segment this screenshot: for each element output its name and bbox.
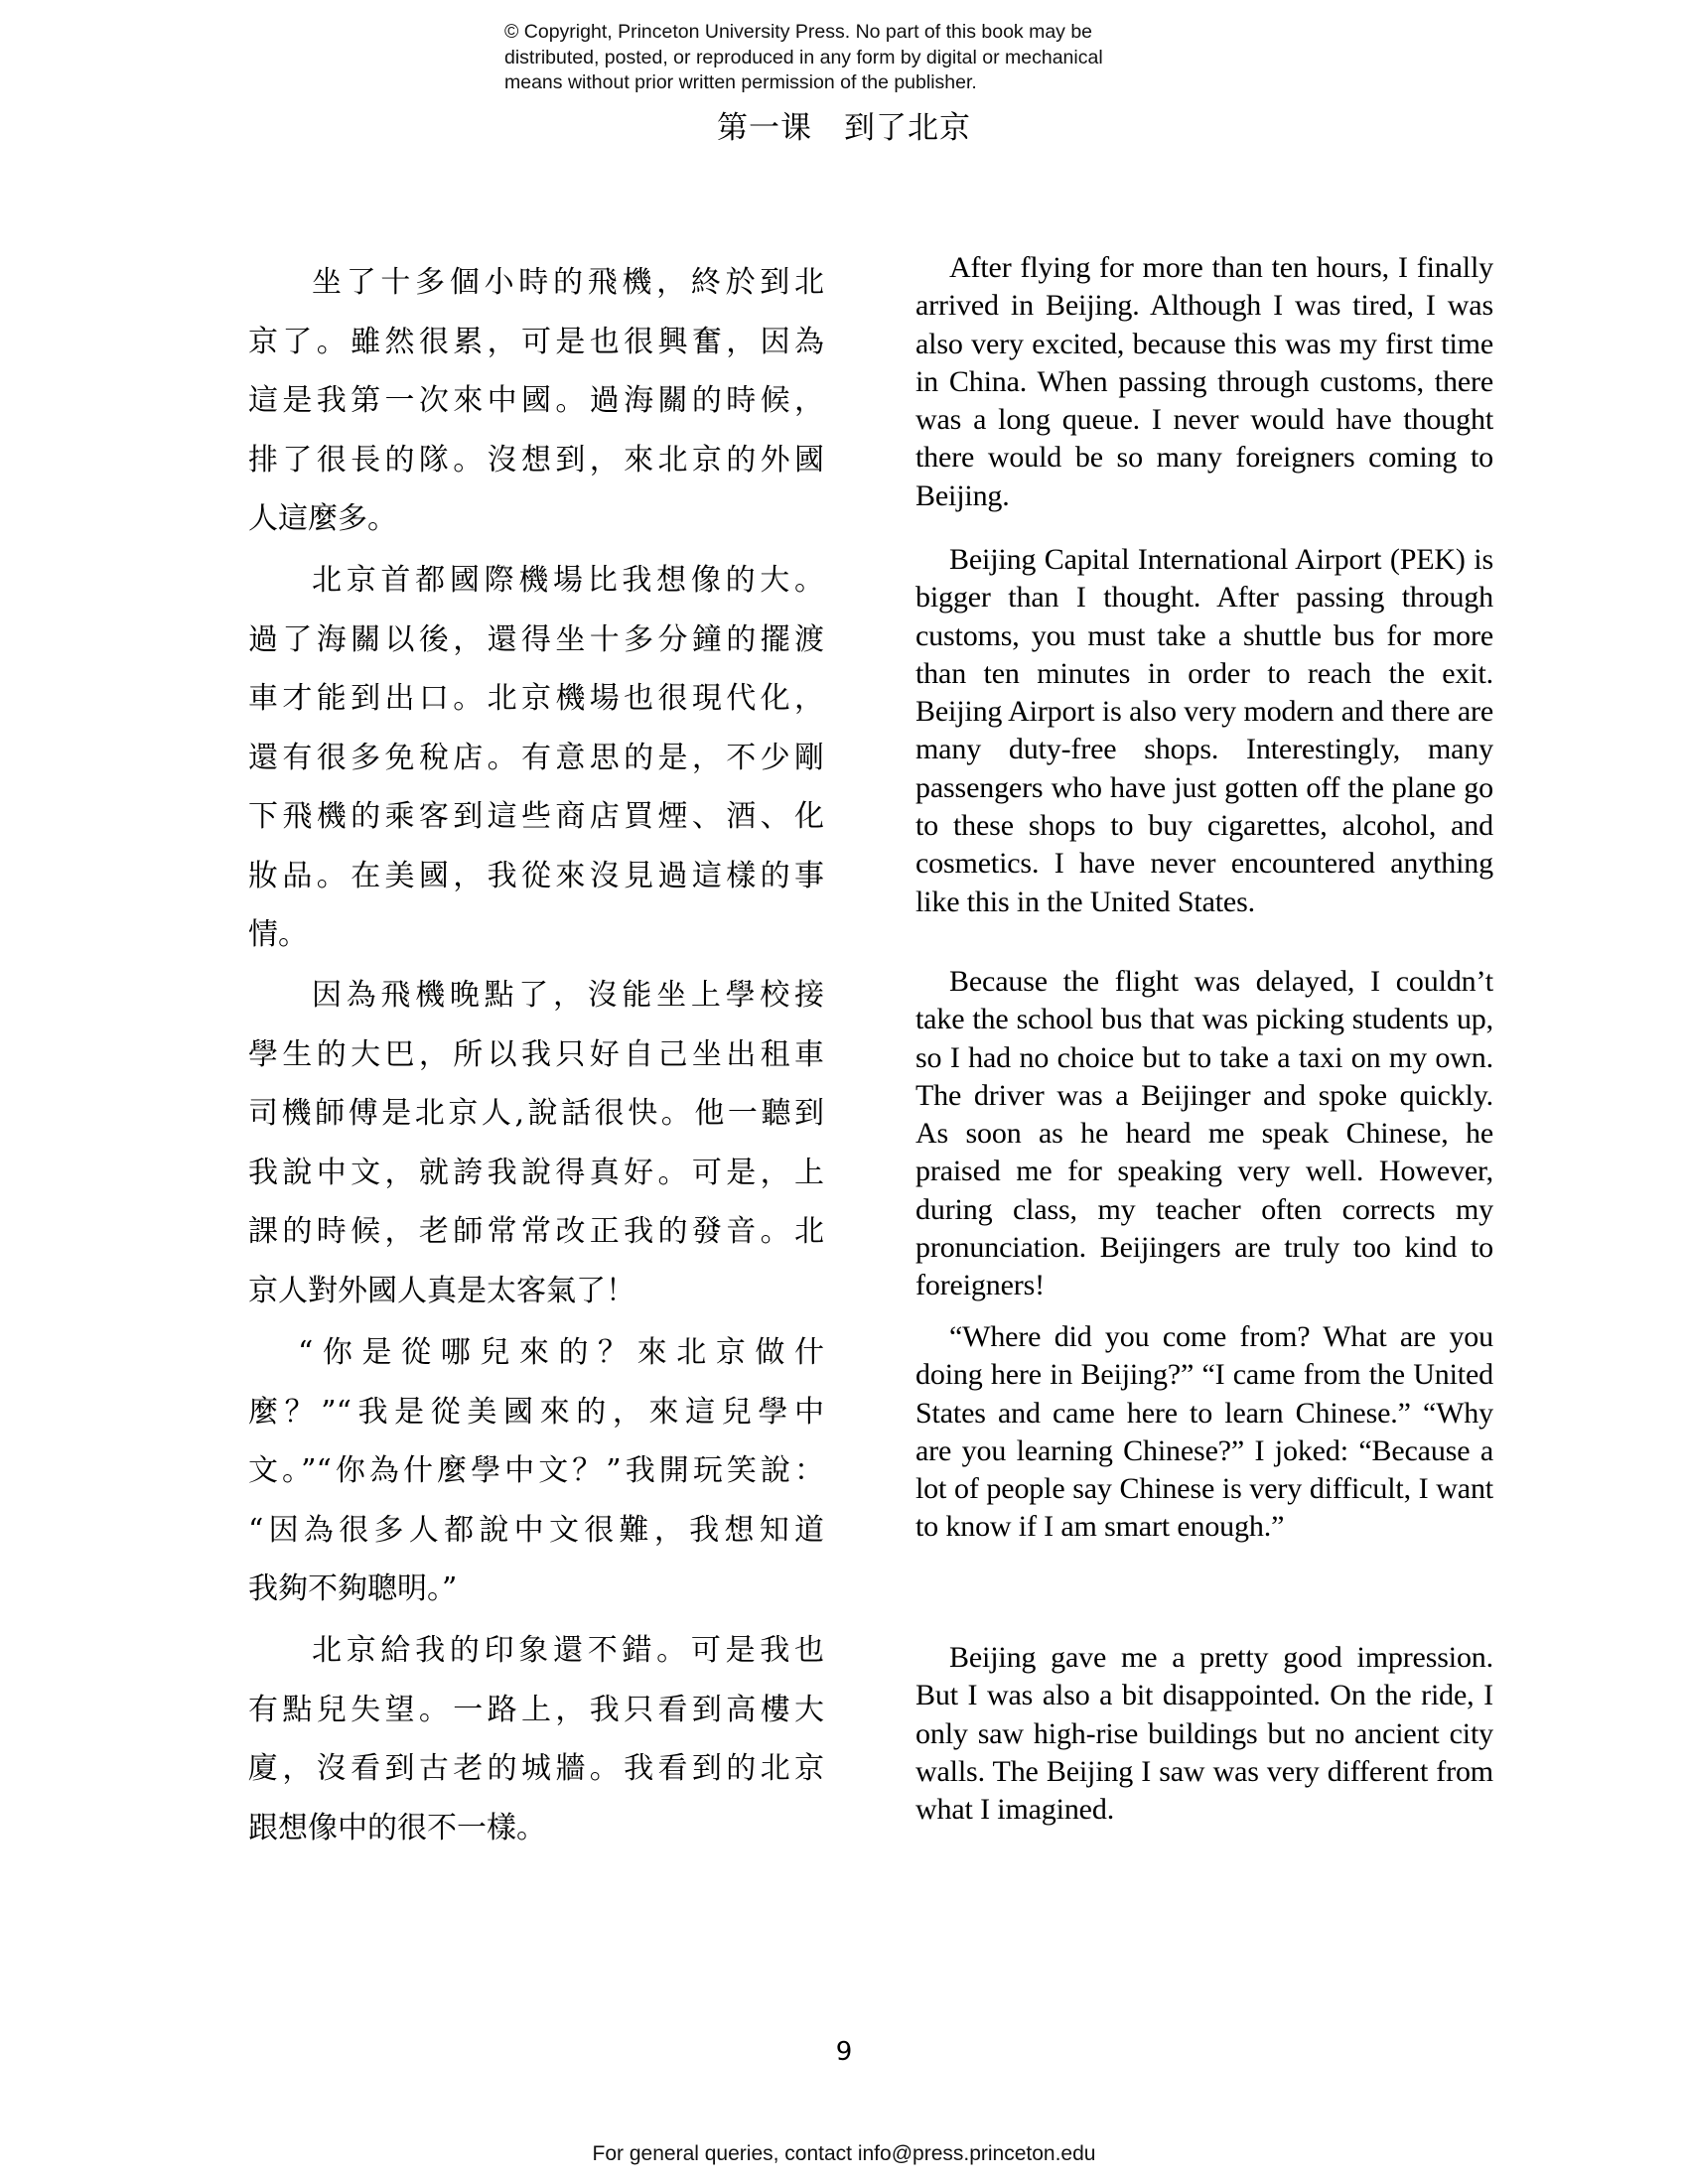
chinese-line: 司機師傅是北京人,說話很快。他一聽到: [248, 1084, 824, 1144]
chinese-line: 我夠不夠聰明。”: [248, 1560, 824, 1619]
chinese-line: 坐了十多個小時的飛機，終於到北: [248, 253, 824, 313]
chinese-line: “因為很多人都說中文很難，我想知道: [248, 1501, 824, 1561]
chinese-line: 有點兒失望。一路上，我只看到高樓大: [248, 1681, 824, 1740]
lesson-title: 第一课到了北京: [0, 108, 1688, 148]
chinese-line: 京人對外國人真是太客氣了！: [248, 1262, 824, 1321]
chinese-line: 麼？”“我是從美國來的，來這兒學中: [248, 1383, 824, 1442]
chinese-line: 京了。雖然很累，可是也很興奮，因為: [248, 313, 824, 372]
page-number: 9: [0, 2037, 1688, 2067]
chinese-paragraph: 坐了十多個小時的飛機，終於到北 京了。雖然很累，可是也很興奮，因為 這是我第一次…: [248, 253, 824, 549]
footer-contact: For general queries, contact info@press.…: [0, 2142, 1688, 2166]
english-paragraph: Because the flight was delayed, I couldn…: [915, 963, 1493, 1305]
chinese-line: 因為飛機晚點了，沒能坐上學校接: [248, 966, 824, 1025]
chinese-line: 排了很長的隊。沒想到，來北京的外國: [248, 431, 824, 490]
chinese-line: 北京給我的印象還不錯。可是我也: [248, 1621, 824, 1681]
chinese-paragraph: 北京給我的印象還不錯。可是我也 有點兒失望。一路上，我只看到高樓大 廈，沒看到古…: [248, 1621, 824, 1857]
chinese-line: 人這麼多。: [248, 489, 824, 549]
chinese-line: “你是從哪兒來的？來北京做什: [248, 1323, 824, 1383]
lesson-number: 第一课: [717, 110, 812, 146]
chinese-line: 這是我第一次來中國。過海關的時候，: [248, 371, 824, 431]
chinese-line: 情。: [248, 905, 824, 965]
chinese-line: 學生的大巴，所以我只好自己坐出租車: [248, 1025, 824, 1085]
english-paragraph: After flying for more than ten hours, I …: [915, 249, 1493, 515]
copyright-notice: © Copyright, Princeton University Press.…: [504, 20, 1199, 96]
chinese-line: 還有很多免稅店。有意思的是，不少剛: [248, 729, 824, 788]
chinese-paragraph: 北京首都國際機場比我想像的大。 過了海關以後，還得坐十多分鐘的擺渡 車才能到出口…: [248, 551, 824, 965]
chinese-line: 課的時候，老師常常改正我的發音。北: [248, 1202, 824, 1262]
chinese-line: 北京首都國際機場比我想像的大。: [248, 551, 824, 611]
copyright-line: means without prior written permission o…: [504, 70, 1199, 96]
chinese-line: 文。”“你為什麼學中文？”我開玩笑說：: [248, 1441, 824, 1501]
chinese-line: 廈，沒看到古老的城牆。我看到的北京: [248, 1739, 824, 1799]
chinese-line: 車才能到出口。北京機場也很現代化，: [248, 669, 824, 729]
english-paragraph: Beijing gave me a pretty good impression…: [915, 1639, 1493, 1829]
english-paragraph: Beijing Capital International Airport (P…: [915, 541, 1493, 921]
copyright-line: distributed, posted, or reproduced in an…: [504, 46, 1199, 71]
chinese-paragraph: 因為飛機晚點了，沒能坐上學校接 學生的大巴，所以我只好自己坐出租車 司機師傅是北…: [248, 966, 824, 1320]
chinese-line: 跟想像中的很不一樣。: [248, 1799, 824, 1858]
english-paragraph: “Where did you come from? What are you d…: [915, 1318, 1493, 1547]
chinese-line: 妝品。在美國，我從來沒見過這樣的事: [248, 847, 824, 906]
chinese-line: 過了海關以後，還得坐十多分鐘的擺渡: [248, 611, 824, 670]
lesson-name: 到了北京: [844, 110, 971, 146]
copyright-line: © Copyright, Princeton University Press.…: [504, 20, 1199, 46]
chinese-line: 我說中文，就誇我說得真好。可是，上: [248, 1144, 824, 1203]
chinese-line: 下飛機的乘客到這些商店買煙、酒、化: [248, 787, 824, 847]
chinese-paragraph: “你是從哪兒來的？來北京做什 麼？”“我是從美國來的，來這兒學中 文。”“你為什…: [248, 1323, 824, 1619]
